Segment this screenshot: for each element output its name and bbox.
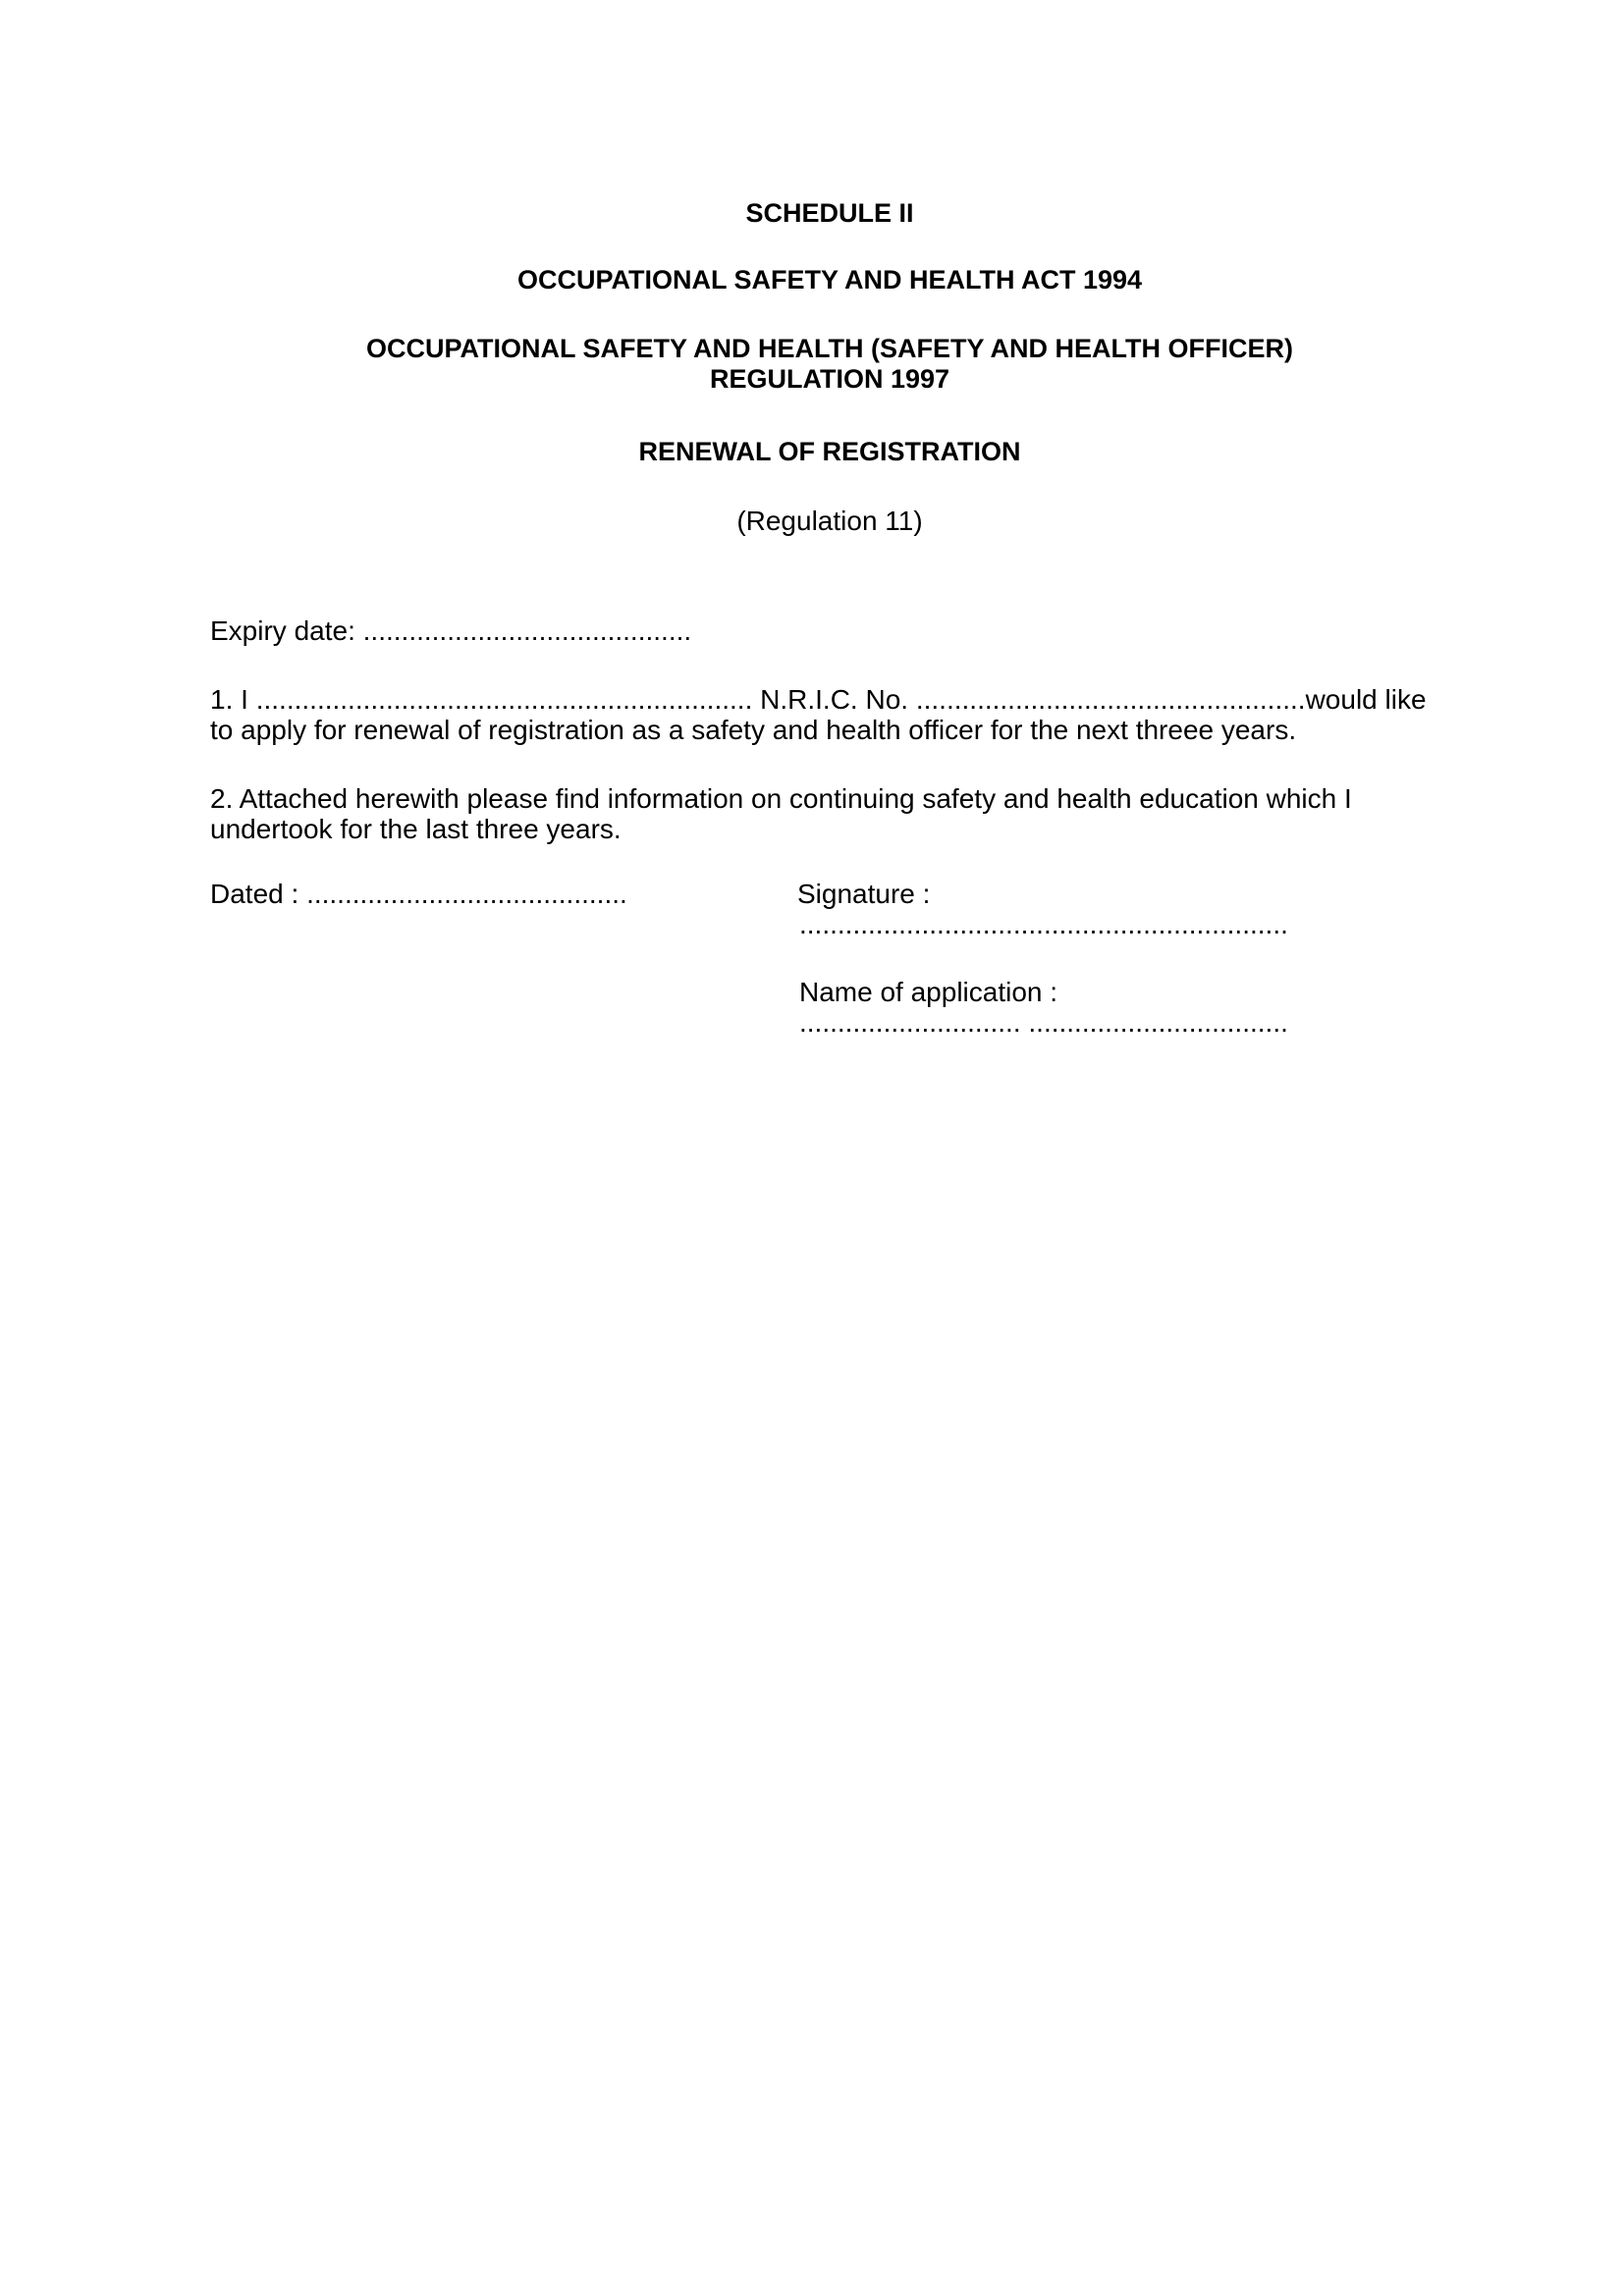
item1-prefix: 1. I — [210, 684, 256, 715]
schedule-heading: SCHEDULE II — [0, 198, 1624, 229]
regulation-reference: (Regulation 11) — [0, 506, 1624, 536]
applicant-name-signature-field[interactable]: ............................. ..........… — [799, 1007, 1288, 1038]
nric-label: N.R.I.C. No. — [752, 684, 915, 715]
item1-suffix: would like — [1306, 684, 1427, 715]
applicant-name-field[interactable]: ........................................… — [256, 684, 753, 715]
act-title: OCCUPATIONAL SAFETY AND HEALTH ACT 1994 — [0, 265, 1624, 295]
dated-row: Dated : ................................… — [210, 879, 627, 909]
dated-field[interactable]: ........................................… — [306, 879, 627, 909]
item2-line2: undertook for the last three years. — [210, 814, 622, 844]
item1-line2: to apply for renewal of registration as … — [210, 715, 1296, 745]
expiry-date-field[interactable]: ........................................… — [363, 615, 692, 646]
signature-label: Signature : — [797, 879, 930, 909]
item2-line1: 2. Attached herewith please find informa… — [210, 783, 1352, 814]
signature-field[interactable]: ........................................… — [799, 909, 1288, 939]
regulation-title-line1: OCCUPATIONAL SAFETY AND HEALTH (SAFETY A… — [0, 334, 1624, 364]
expiry-date-label: Expiry date: — [210, 615, 363, 646]
applicant-name-label: Name of application : — [799, 977, 1057, 1007]
expiry-date-row: Expiry date: ...........................… — [210, 615, 691, 646]
document-page: SCHEDULE II OCCUPATIONAL SAFETY AND HEAL… — [0, 0, 1624, 2296]
dated-label: Dated : — [210, 879, 306, 909]
item1-line1: 1. I ...................................… — [210, 684, 1427, 715]
nric-field[interactable]: ........................................… — [916, 684, 1306, 715]
regulation-title-line2: REGULATION 1997 — [0, 364, 1624, 395]
form-title: RENEWAL OF REGISTRATION — [0, 437, 1624, 467]
